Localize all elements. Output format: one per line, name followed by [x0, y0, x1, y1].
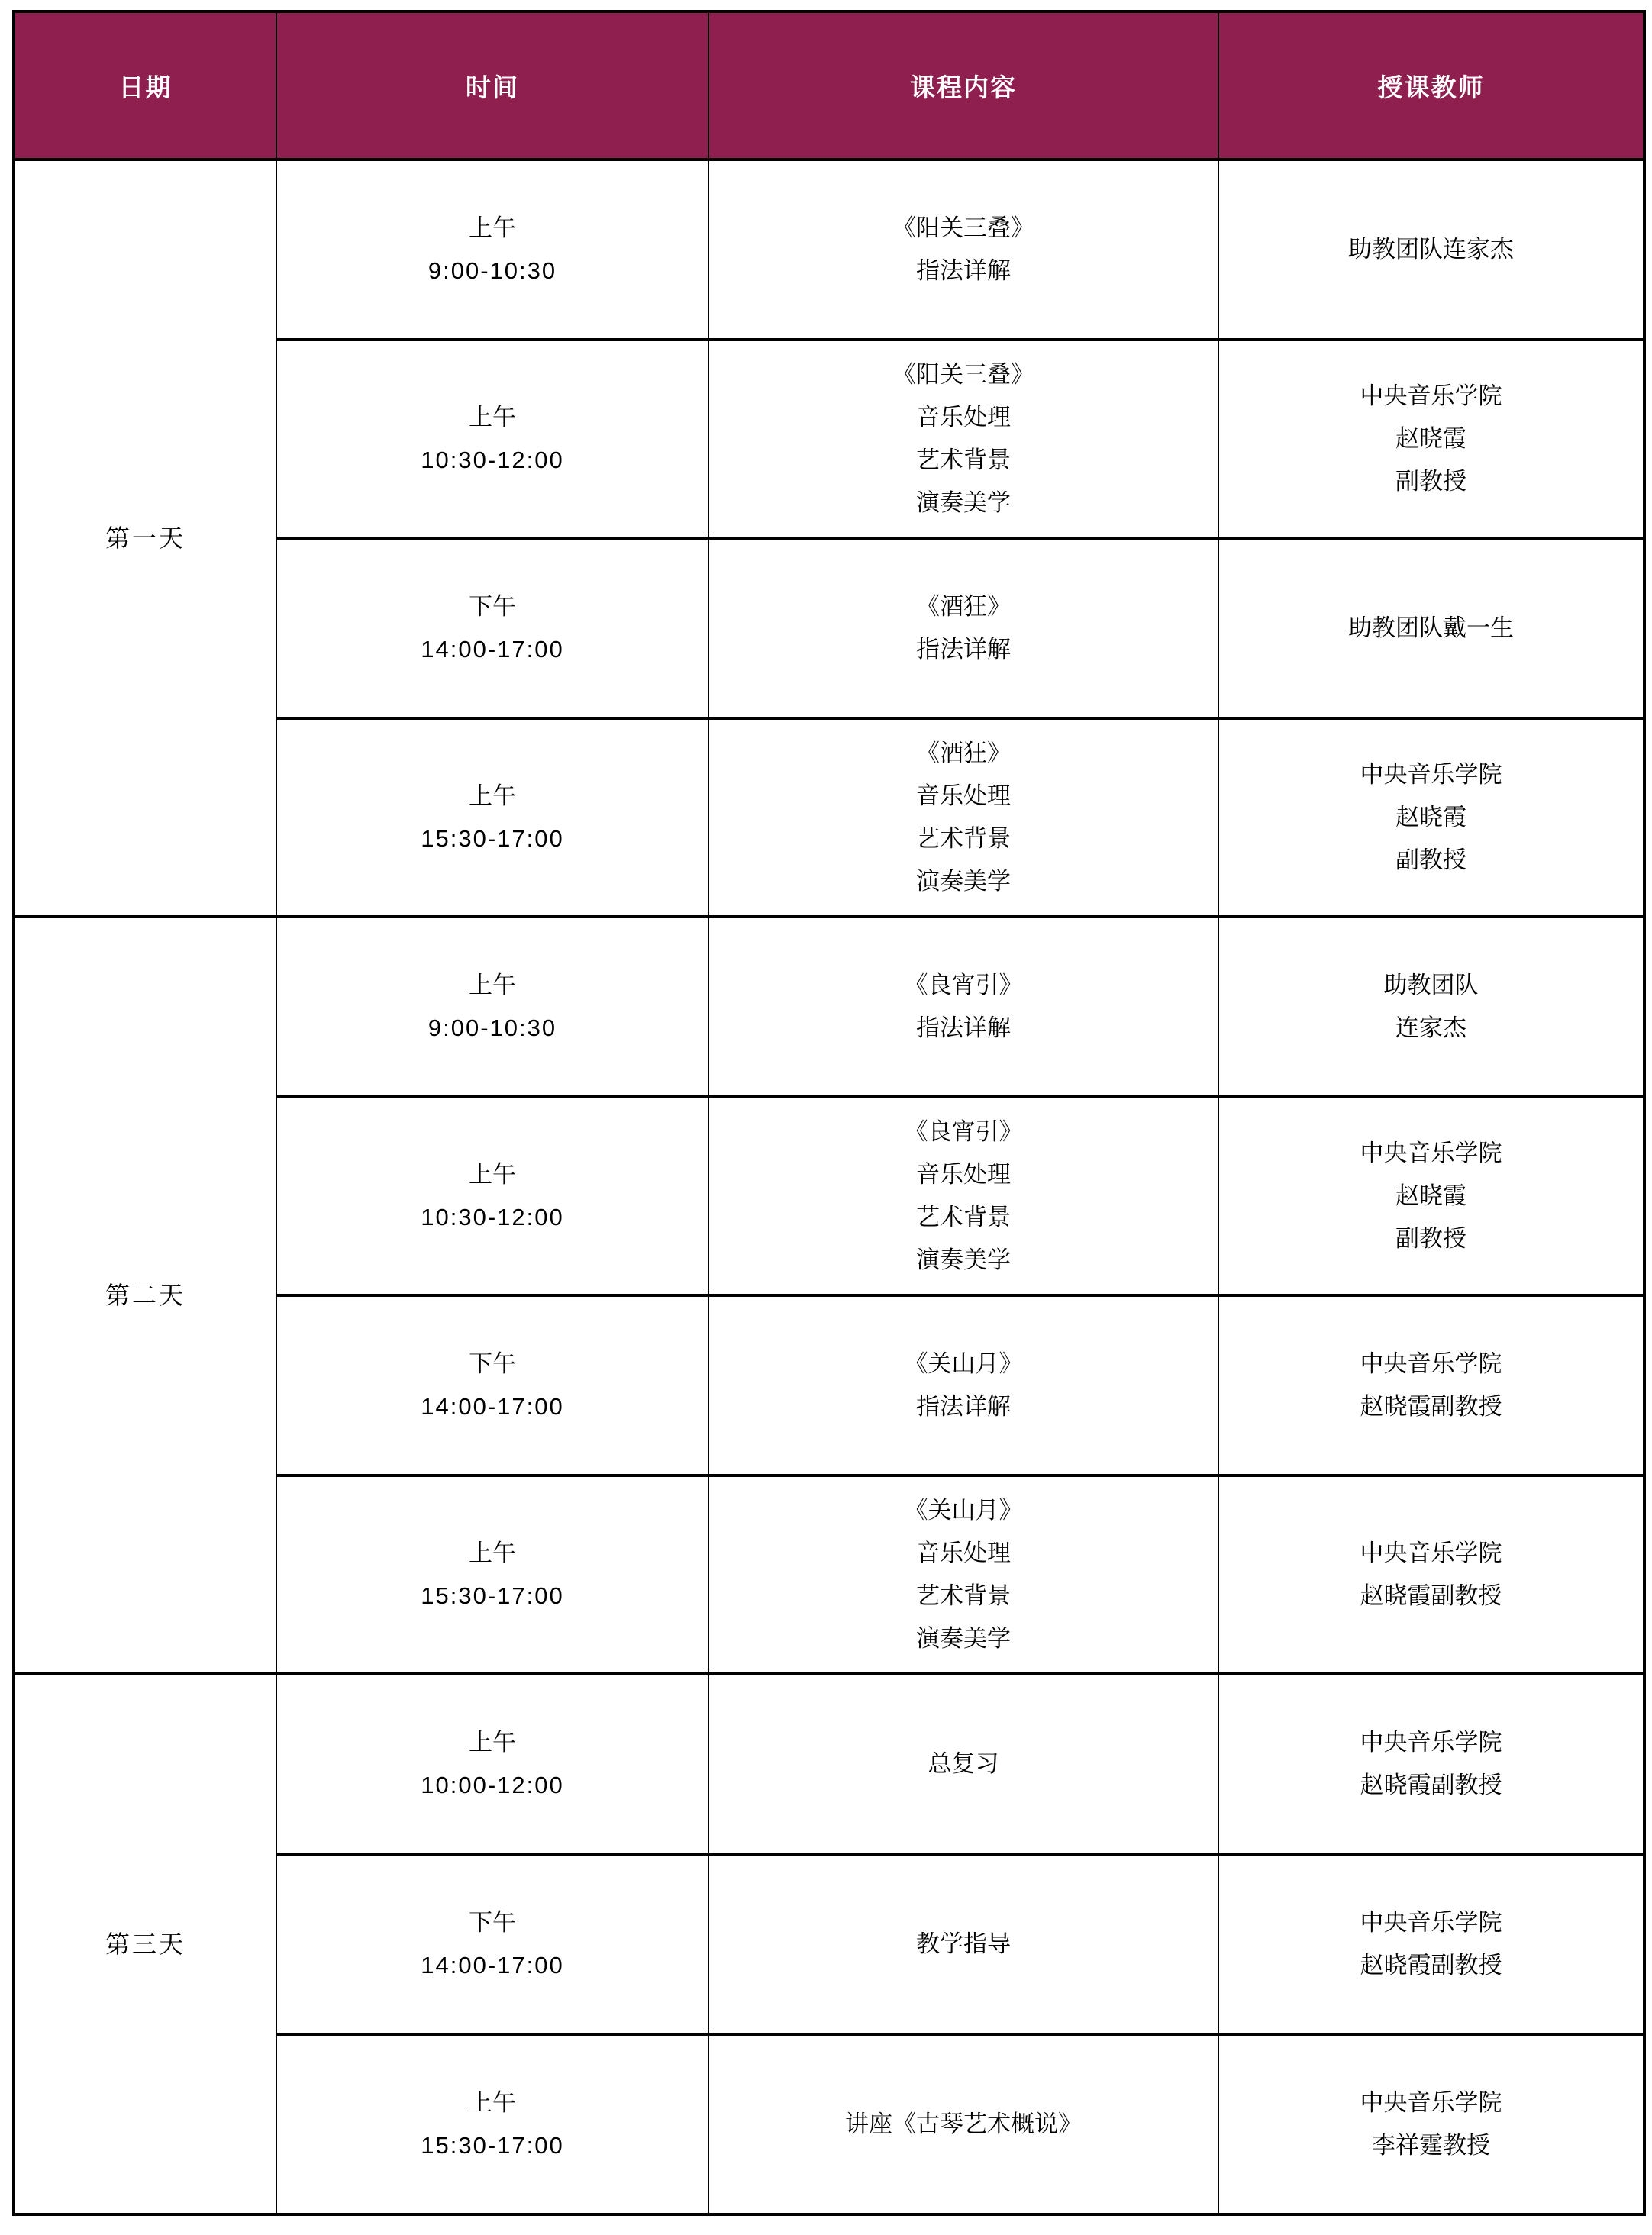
period-label: 下午	[277, 1901, 708, 1944]
course-cell: 《良宵引》音乐处理艺术背景演奏美学	[708, 1097, 1218, 1295]
time-range: 9:00-10:30	[277, 1007, 708, 1050]
time-range: 10:30-12:00	[277, 1196, 708, 1239]
course-line: 讲座《古琴艺术概说》	[709, 2103, 1218, 2146]
course-cell: 《阳关三叠》音乐处理艺术背景演奏美学	[708, 340, 1218, 538]
course-line: 音乐处理	[709, 396, 1218, 439]
course-line: 教学指导	[709, 1923, 1218, 1966]
teacher-line: 副教授	[1219, 839, 1643, 882]
page: { "colors": { "header_bg": "#8E1F4E", "h…	[0, 0, 1652, 2235]
course-cell: 《酒狂》音乐处理艺术背景演奏美学	[708, 718, 1218, 917]
course-cell: 《酒狂》指法详解	[708, 538, 1218, 718]
course-line: 总复习	[709, 1743, 1218, 1785]
time-cell: 上午9:00-10:30	[276, 160, 708, 340]
schedule-row: 第二天上午9:00-10:30《良宵引》指法详解助教团队连家杰	[14, 917, 1644, 1097]
teacher-cell: 中央音乐学院赵晓霞副教授	[1218, 1674, 1644, 1854]
period-label: 下午	[277, 1343, 708, 1385]
teacher-cell: 助教团队连家杰	[1218, 160, 1644, 340]
time-range: 15:30-17:00	[277, 1575, 708, 1617]
time-range: 9:00-10:30	[277, 250, 708, 292]
teacher-line: 中央音乐学院	[1219, 2082, 1643, 2124]
schedule-row: 第三天上午10:00-12:00总复习中央音乐学院赵晓霞副教授	[14, 1674, 1644, 1854]
course-line: 演奏美学	[709, 1239, 1218, 1282]
time-cell: 下午14:00-17:00	[276, 1295, 708, 1475]
date-cell: 第二天	[14, 917, 276, 1674]
time-cell: 下午14:00-17:00	[276, 1854, 708, 2034]
time-cell: 上午10:30-12:00	[276, 1097, 708, 1295]
course-line: 《酒狂》	[709, 585, 1218, 628]
time-range: 14:00-17:00	[277, 628, 708, 671]
teacher-line: 助教团队	[1219, 964, 1643, 1007]
course-cell: 《关山月》指法详解	[708, 1295, 1218, 1475]
course-line: 《良宵引》	[709, 1111, 1218, 1153]
course-line: 《关山月》	[709, 1489, 1218, 1532]
teacher-cell: 中央音乐学院赵晓霞副教授	[1218, 1295, 1644, 1475]
time-cell: 上午15:30-17:00	[276, 2034, 708, 2214]
time-range: 14:00-17:00	[277, 1944, 708, 1987]
teacher-cell: 中央音乐学院赵晓霞副教授	[1218, 1097, 1644, 1295]
period-label: 上午	[277, 396, 708, 439]
course-line: 艺术背景	[709, 1196, 1218, 1239]
teacher-line: 赵晓霞副教授	[1219, 1385, 1643, 1428]
teacher-cell: 中央音乐学院赵晓霞副教授	[1218, 1475, 1644, 1674]
course-line: 《良宵引》	[709, 964, 1218, 1007]
teacher-line: 赵晓霞	[1219, 796, 1643, 839]
course-line: 指法详解	[709, 1007, 1218, 1050]
course-cell: 《阳关三叠》指法详解	[708, 160, 1218, 340]
course-cell: 讲座《古琴艺术概说》	[708, 2034, 1218, 2214]
period-label: 上午	[277, 1153, 708, 1196]
course-line: 《阳关三叠》	[709, 353, 1218, 396]
time-cell: 下午14:00-17:00	[276, 538, 708, 718]
course-cell: 总复习	[708, 1674, 1218, 1854]
course-line: 演奏美学	[709, 1617, 1218, 1660]
schedule-body: 第一天上午9:00-10:30《阳关三叠》指法详解助教团队连家杰上午10:30-…	[14, 160, 1644, 2214]
teacher-cell: 中央音乐学院赵晓霞副教授	[1218, 718, 1644, 917]
time-cell: 上午10:00-12:00	[276, 1674, 708, 1854]
teacher-cell: 助教团队连家杰	[1218, 917, 1644, 1097]
teacher-line: 中央音乐学院	[1219, 753, 1643, 796]
time-cell: 上午9:00-10:30	[276, 917, 708, 1097]
teacher-cell: 中央音乐学院赵晓霞副教授	[1218, 1854, 1644, 2034]
period-label: 上午	[277, 207, 708, 250]
teacher-line: 中央音乐学院	[1219, 1132, 1643, 1175]
time-range: 15:30-17:00	[277, 818, 708, 860]
teacher-line: 赵晓霞副教授	[1219, 1764, 1643, 1807]
course-line: 音乐处理	[709, 775, 1218, 818]
teacher-line: 赵晓霞副教授	[1219, 1575, 1643, 1617]
time-cell: 上午15:30-17:00	[276, 1475, 708, 1674]
teacher-line: 赵晓霞	[1219, 418, 1643, 460]
time-range: 10:30-12:00	[277, 439, 708, 482]
teacher-cell: 中央音乐学院李祥霆教授	[1218, 2034, 1644, 2214]
teacher-line: 中央音乐学院	[1219, 1721, 1643, 1764]
day-label: 第二天	[15, 1274, 276, 1317]
course-line: 演奏美学	[709, 860, 1218, 903]
date-cell: 第一天	[14, 160, 276, 917]
course-line: 《酒狂》	[709, 732, 1218, 775]
period-label: 下午	[277, 585, 708, 628]
header-row: 日期 时间 课程内容 授课教师	[14, 11, 1644, 160]
period-label: 上午	[277, 775, 708, 818]
period-label: 上午	[277, 1532, 708, 1575]
teacher-line: 李祥霆教授	[1219, 2124, 1643, 2167]
course-line: 艺术背景	[709, 439, 1218, 482]
header-date: 日期	[14, 11, 276, 160]
teacher-cell: 助教团队戴一生	[1218, 538, 1644, 718]
teacher-line: 赵晓霞	[1219, 1175, 1643, 1217]
course-line: 指法详解	[709, 628, 1218, 671]
course-line: 音乐处理	[709, 1532, 1218, 1575]
teacher-line: 中央音乐学院	[1219, 375, 1643, 418]
teacher-cell: 中央音乐学院赵晓霞副教授	[1218, 340, 1644, 538]
teacher-line: 副教授	[1219, 460, 1643, 503]
date-cell: 第三天	[14, 1674, 276, 2214]
course-line: 指法详解	[709, 1385, 1218, 1428]
day-label: 第一天	[15, 517, 276, 560]
period-label: 上午	[277, 1721, 708, 1764]
header-course: 课程内容	[708, 11, 1218, 160]
course-line: 音乐处理	[709, 1153, 1218, 1196]
course-line: 《关山月》	[709, 1343, 1218, 1385]
course-line: 指法详解	[709, 250, 1218, 292]
time-range: 14:00-17:00	[277, 1385, 708, 1428]
schedule-header: 日期 时间 课程内容 授课教师	[14, 11, 1644, 160]
teacher-line: 中央音乐学院	[1219, 1901, 1643, 1944]
day-label: 第三天	[15, 1923, 276, 1966]
teacher-line: 助教团队连家杰	[1219, 228, 1643, 271]
time-cell: 上午10:30-12:00	[276, 340, 708, 538]
time-cell: 上午15:30-17:00	[276, 718, 708, 917]
course-line: 艺术背景	[709, 1575, 1218, 1617]
course-line: 艺术背景	[709, 818, 1218, 860]
teacher-line: 助教团队戴一生	[1219, 607, 1643, 650]
course-line: 《阳关三叠》	[709, 207, 1218, 250]
teacher-line: 赵晓霞副教授	[1219, 1944, 1643, 1987]
course-line: 演奏美学	[709, 482, 1218, 524]
schedule-row: 第一天上午9:00-10:30《阳关三叠》指法详解助教团队连家杰	[14, 160, 1644, 340]
period-label: 上午	[277, 2082, 708, 2124]
teacher-line: 副教授	[1219, 1217, 1643, 1260]
course-schedule-table: 日期 时间 课程内容 授课教师 第一天上午9:00-10:30《阳关三叠》指法详…	[12, 10, 1646, 2216]
course-cell: 教学指导	[708, 1854, 1218, 2034]
time-range: 10:00-12:00	[277, 1764, 708, 1807]
course-cell: 《关山月》音乐处理艺术背景演奏美学	[708, 1475, 1218, 1674]
teacher-line: 中央音乐学院	[1219, 1532, 1643, 1575]
time-range: 15:30-17:00	[277, 2124, 708, 2167]
teacher-line: 中央音乐学院	[1219, 1343, 1643, 1385]
period-label: 上午	[277, 964, 708, 1007]
teacher-line: 连家杰	[1219, 1007, 1643, 1050]
course-cell: 《良宵引》指法详解	[708, 917, 1218, 1097]
header-teacher: 授课教师	[1218, 11, 1644, 160]
header-time: 时间	[276, 11, 708, 160]
